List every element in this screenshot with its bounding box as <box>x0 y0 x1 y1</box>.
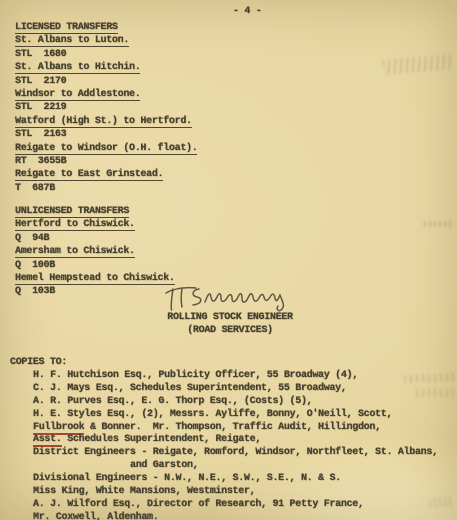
page-number: - 4 - <box>233 5 262 18</box>
fleet-number: STL 2219 <box>15 101 197 114</box>
red-underlined-word: Asst. <box>33 434 62 447</box>
transfer-entry: Reigate to Windsor (O.H. float). RT 3655… <box>15 142 197 169</box>
transfer-entry: St. Albans to Luton. STL 1680 <box>15 34 197 61</box>
copies-section: COPIES TO: H. F. Hutchison Esq., Publici… <box>10 357 438 520</box>
copy-recipient: Divisional Engineers - N.W., N.E., S.W.,… <box>10 473 438 486</box>
copy-recipient: Fullbrook & Bonner. Mr. Thompson, Traffi… <box>10 422 438 435</box>
fleet-number: Q 100B <box>15 259 175 272</box>
route-line: St. Albans to Luton. <box>15 34 197 47</box>
route-line: Hertford to Chiswick. <box>15 218 175 231</box>
copy-recipient: H. E. Styles Esq., (2), Messrs. Ayliffe,… <box>10 409 438 422</box>
copy-recipient: Miss King, White Mansions, Westminster, <box>10 486 438 499</box>
red-underlined-word: Fullbrook <box>33 422 84 435</box>
transfer-entry: Windsor to Addlestone. STL 2219 <box>15 88 197 115</box>
route-line: St. Albans to Hitchin. <box>15 61 197 74</box>
copies-heading: COPIES TO: <box>10 357 438 370</box>
transfer-entry: Hertford to Chiswick. Q 94B <box>15 218 175 245</box>
copy-recipient-continuation: and Garston, <box>10 460 438 473</box>
copy-recipient: A. J. Wilford Esq., Director of Research… <box>10 499 438 512</box>
unlicensed-heading: UNLICENSED TRANSFERS <box>15 205 175 218</box>
licensed-transfers-section: LICENSED TRANSFERS St. Albans to Luton. … <box>15 21 197 195</box>
fleet-number: Q 94B <box>15 232 175 245</box>
copy-recipient: District Engineers - Reigate, Romford, W… <box>10 447 438 460</box>
document-page: - 4 - LICENSED TRANSFERS St. Albans to L… <box>0 0 457 520</box>
route-line: Reigate to East Grinstead. <box>15 168 197 181</box>
signatory-subtitle: (ROAD SERVICES) <box>140 324 320 337</box>
fleet-number: T 687B <box>15 182 197 195</box>
unlicensed-transfers-section: UNLICENSED TRANSFERS Hertford to Chiswic… <box>15 205 175 299</box>
licensed-heading: LICENSED TRANSFERS <box>15 21 197 34</box>
fleet-number: STL 1680 <box>15 48 197 61</box>
transfer-entry: Watford (High St.) to Hertford. STL 2163 <box>15 115 197 142</box>
fleet-number: Q 103B <box>15 285 175 298</box>
copy-recipient: Mr. Coxwell, Aldenham. <box>10 512 438 520</box>
scan-smudge <box>424 221 454 227</box>
fleet-number: RT 3655B <box>15 155 197 168</box>
route-line: Amersham to Chiswick. <box>15 245 175 258</box>
transfer-entry: Reigate to East Grinstead. T 687B <box>15 168 197 195</box>
fleet-number: STL 2163 <box>15 128 197 141</box>
scan-smudge <box>382 54 451 75</box>
signature-block: ROLLING STOCK ENGINEER (ROAD SERVICES) <box>140 311 320 338</box>
transfer-entry: St. Albans to Hitchin. STL 2170 <box>15 61 197 88</box>
signatory-title: ROLLING STOCK ENGINEER <box>140 311 320 324</box>
copy-recipient: A. R. Purves Esq., E. G. Thorp Esq., (Co… <box>10 396 438 409</box>
route-line: Reigate to Windsor (O.H. float). <box>15 142 197 155</box>
route-line: Windsor to Addlestone. <box>15 88 197 101</box>
copy-recipient: C. J. Mays Esq., Schedules Superintenden… <box>10 383 438 396</box>
transfer-entry: Hemel Hempstead to Chiswick. Q 103B <box>15 272 175 299</box>
transfer-entry: Amersham to Chiswick. Q 100B <box>15 245 175 272</box>
fleet-number: STL 2170 <box>15 75 197 88</box>
copy-recipient: Asst. Schedules Superintendent, Reigate, <box>10 434 438 447</box>
route-line: Hemel Hempstead to Chiswick. <box>15 272 175 285</box>
copy-recipient: H. F. Hutchison Esq., Publicity Officer,… <box>10 370 438 383</box>
route-line: Watford (High St.) to Hertford. <box>15 115 197 128</box>
